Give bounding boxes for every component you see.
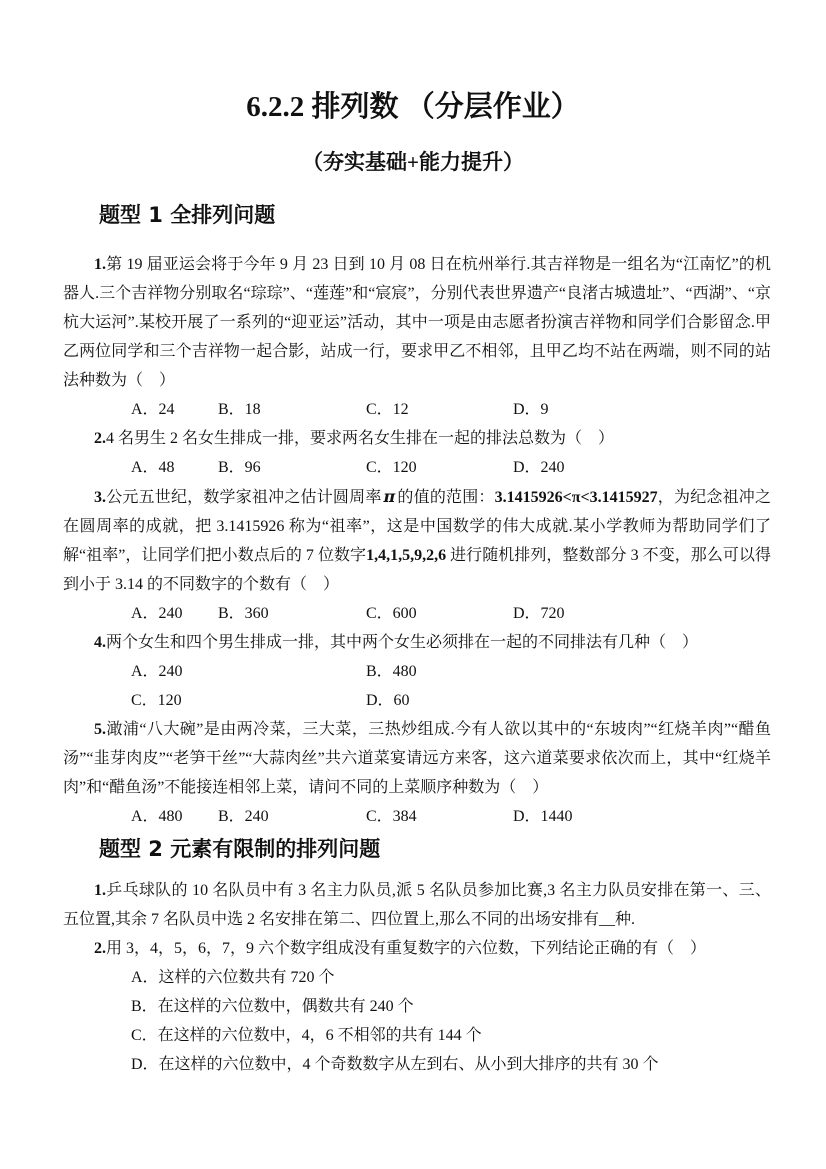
problem-s1-1-options: A．24B．18C．12D．9 xyxy=(63,395,771,424)
problem-s1-2: 2.4 名男生 2 名女生排成一排，要求两名女生排在一起的排法总数为（ ） xyxy=(63,424,771,453)
option-d: D．240 xyxy=(513,459,565,476)
problem-s1-4-options-row-2: C．120D．60 xyxy=(63,686,771,715)
problem-text: 公元五世纪，数学家祖冲之估计圆周率 xyxy=(106,489,382,506)
problem-s2-2: 2.用 3，4，5，6，7，9 六个数字组成没有重复数字的六位数，下列结论正确的… xyxy=(63,934,771,963)
option-a: A．48 xyxy=(131,453,218,482)
option-b: B．480 xyxy=(366,663,417,680)
problem-s1-4: 4.两个女生和四个男生排成一排，其中两个女生必须排在一起的不同排法有几种（ ） xyxy=(63,628,771,657)
pi-symbol: π xyxy=(382,487,398,506)
page-title: 6.2.2 排列数 （分层作业） xyxy=(0,90,826,124)
problem-s1-2-options: A．48B．96C．120D．240 xyxy=(63,453,771,482)
problem-number: 2. xyxy=(94,940,106,957)
option-d: D．9 xyxy=(513,401,549,418)
option-b: B．360 xyxy=(218,599,366,628)
problem-s1-5-options: A．480B．240C．384D．1440 xyxy=(63,802,771,831)
problem-text: 澉浦“八大碗”是由两冷菜，三大菜，三热炒组成.今有人欲以其中的“东坡肉”“红烧羊… xyxy=(63,721,771,796)
section-1-heading: 题型 1 全排列问题 xyxy=(99,203,771,228)
problem-text: 乒乓球队的 10 名队员中有 3 名主力队员,派 5 名队员参加比赛,3 名主力… xyxy=(63,882,771,928)
option-a: A．24 xyxy=(131,395,218,424)
problem-number: 3. xyxy=(94,489,106,506)
option-c: C．600 xyxy=(366,599,513,628)
option-c: C．384 xyxy=(366,802,513,831)
option-d: D．60 xyxy=(366,692,410,709)
problem-s1-4-options-row-1: A．240B．480 xyxy=(63,657,771,686)
problem-s1-5: 5.澉浦“八大碗”是由两冷菜，三大菜，三热炒组成.今有人欲以其中的“东坡肉”“红… xyxy=(63,715,771,802)
section-2-heading: 题型 2 元素有限制的排列问题 xyxy=(99,837,771,862)
problem-s2-1: 1.乒乓球队的 10 名队员中有 3 名主力队员,派 5 名队员参加比赛,3 名… xyxy=(63,876,771,934)
option-c: C．120 xyxy=(366,453,513,482)
problem-number: 1. xyxy=(94,256,106,273)
option-c: C．12 xyxy=(366,395,513,424)
problem-s2-2-option-b: B．在这样的六位数中，偶数共有 240 个 xyxy=(63,992,771,1021)
problem-s1-3: 3.公元五世纪，数学家祖冲之估计圆周率π的值的范围：3.1415926<π<3.… xyxy=(63,482,771,599)
option-a: A．240 xyxy=(131,599,218,628)
option-a: A．480 xyxy=(131,802,218,831)
problem-s1-1: 1.第 19 届亚运会将于今年 9 月 23 日到 10 月 08 日在杭州举行… xyxy=(63,250,771,395)
option-d: D．在这样的六位数中，4 个奇数数字从左到右、从小到大排序的共有 30 个 xyxy=(131,1056,659,1073)
option-d: D．1440 xyxy=(513,808,573,825)
option-c: C．120 xyxy=(131,686,366,715)
problem-text: 4 名男生 2 名女生排成一排，要求两名女生排在一起的排法总数为（ ） xyxy=(106,430,614,447)
document-page: 6.2.2 排列数 （分层作业） （夯实基础+能力提升） 题型 1 全排列问题 … xyxy=(0,0,826,1169)
option-d: D．720 xyxy=(513,605,565,622)
document-body: 题型 1 全排列问题 1.第 19 届亚运会将于今年 9 月 23 日到 10 … xyxy=(0,203,826,1079)
option-b: B．在这样的六位数中，偶数共有 240 个 xyxy=(131,998,414,1015)
problem-number: 5. xyxy=(94,721,106,738)
problem-number: 2. xyxy=(94,430,106,447)
option-a: A．240 xyxy=(131,657,366,686)
problem-text: 用 3，4，5，6，7，9 六个数字组成没有重复数字的六位数，下列结论正确的有（… xyxy=(106,940,706,957)
problem-text: 的值的范围： xyxy=(397,489,494,506)
problem-number: 1. xyxy=(94,882,106,899)
problem-text: 第 19 届亚运会将于今年 9 月 23 日到 10 月 08 日在杭州举行.其… xyxy=(63,256,771,389)
option-b: B．96 xyxy=(218,453,366,482)
option-a: A．这样的六位数共有 720 个 xyxy=(131,969,335,986)
problem-number: 4. xyxy=(94,634,106,651)
problem-s2-2-option-a: A．这样的六位数共有 720 个 xyxy=(63,963,771,992)
problem-s2-2-option-d: D．在这样的六位数中，4 个奇数数字从左到右、从小到大排序的共有 30 个 xyxy=(63,1050,771,1079)
pi-range-formula: 3.1415926<π<3.1415927 xyxy=(495,489,658,506)
option-b: B．240 xyxy=(218,802,366,831)
problem-text: 两个女生和四个男生排成一排，其中两个女生必须排在一起的不同排法有几种（ ） xyxy=(106,634,698,651)
problem-s2-2-option-c: C．在这样的六位数中，4，6 不相邻的共有 144 个 xyxy=(63,1021,771,1050)
option-b: B．18 xyxy=(218,395,366,424)
problem-s1-3-options: A．240B．360C．600D．720 xyxy=(63,599,771,628)
page-subtitle: （夯实基础+能力提升） xyxy=(0,150,826,175)
option-c: C．在这样的六位数中，4，6 不相邻的共有 144 个 xyxy=(131,1027,482,1044)
digit-sequence: 1,4,1,5,9,2,6 xyxy=(366,547,446,564)
